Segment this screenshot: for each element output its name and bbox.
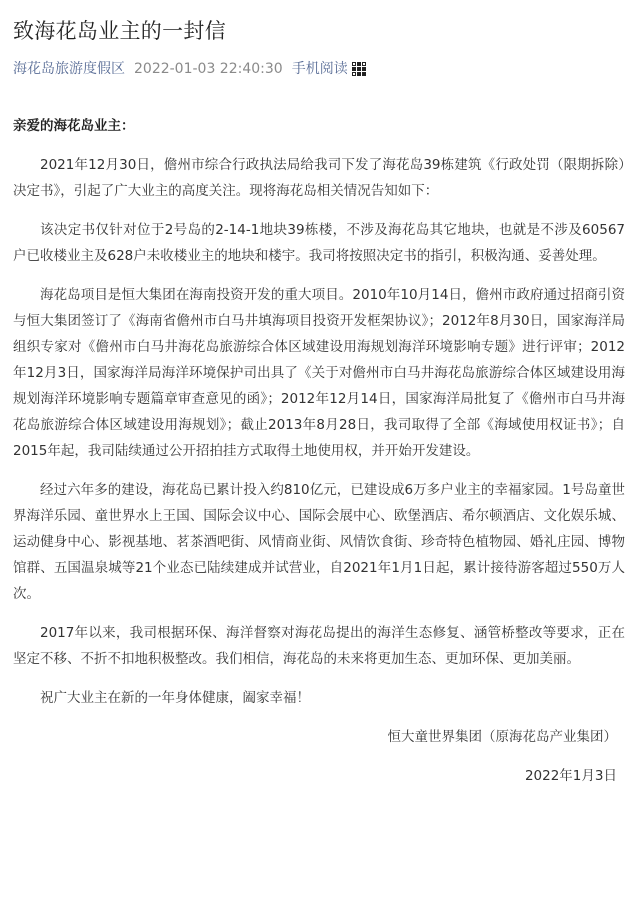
- article-meta: 海花岛旅游度假区 2022-01-03 22:40:30 手机阅读: [13, 59, 625, 79]
- paragraph: 海花岛项目是恒大集团在海南投资开发的重大项目。2010年10月14日，儋州市政府…: [13, 282, 625, 464]
- page-title: 致海花岛业主的一封信: [13, 0, 625, 46]
- mobile-read-link[interactable]: 手机阅读: [292, 59, 348, 79]
- source-link[interactable]: 海花岛旅游度假区: [13, 59, 125, 79]
- qr-code-icon[interactable]: [352, 62, 366, 76]
- greeting: 亲爱的海花岛业主：: [13, 113, 625, 139]
- publish-time: 2022-01-03 22:40:30: [134, 59, 283, 79]
- paragraph: 2017年以来，我司根据环保、海洋督察对海花岛提出的海洋生态修复、涵管桥整改等要…: [13, 620, 625, 672]
- article-body: 亲爱的海花岛业主： 2021年12月30日，儋州市综合行政执法局给我司下发了海花…: [13, 113, 625, 789]
- letter-date: 2022年1月3日: [13, 763, 617, 789]
- signature: 恒大童世界集团（原海花岛产业集团）: [13, 724, 617, 750]
- paragraph: 祝广大业主在新的一年身体健康，阖家幸福！: [13, 685, 625, 711]
- paragraph: 经过六年多的建设，海花岛已累计投入约810亿元，已建设成6万多户业主的幸福家园。…: [13, 477, 625, 607]
- article: 致海花岛业主的一封信 海花岛旅游度假区 2022-01-03 22:40:30 …: [0, 0, 638, 789]
- paragraph: 2021年12月30日，儋州市综合行政执法局给我司下发了海花岛39栋建筑《行政处…: [13, 152, 625, 204]
- paragraph: 该决定书仅针对位于2号岛的2-14-1地块39栋楼，不涉及海花岛其它地块，也就是…: [13, 217, 625, 269]
